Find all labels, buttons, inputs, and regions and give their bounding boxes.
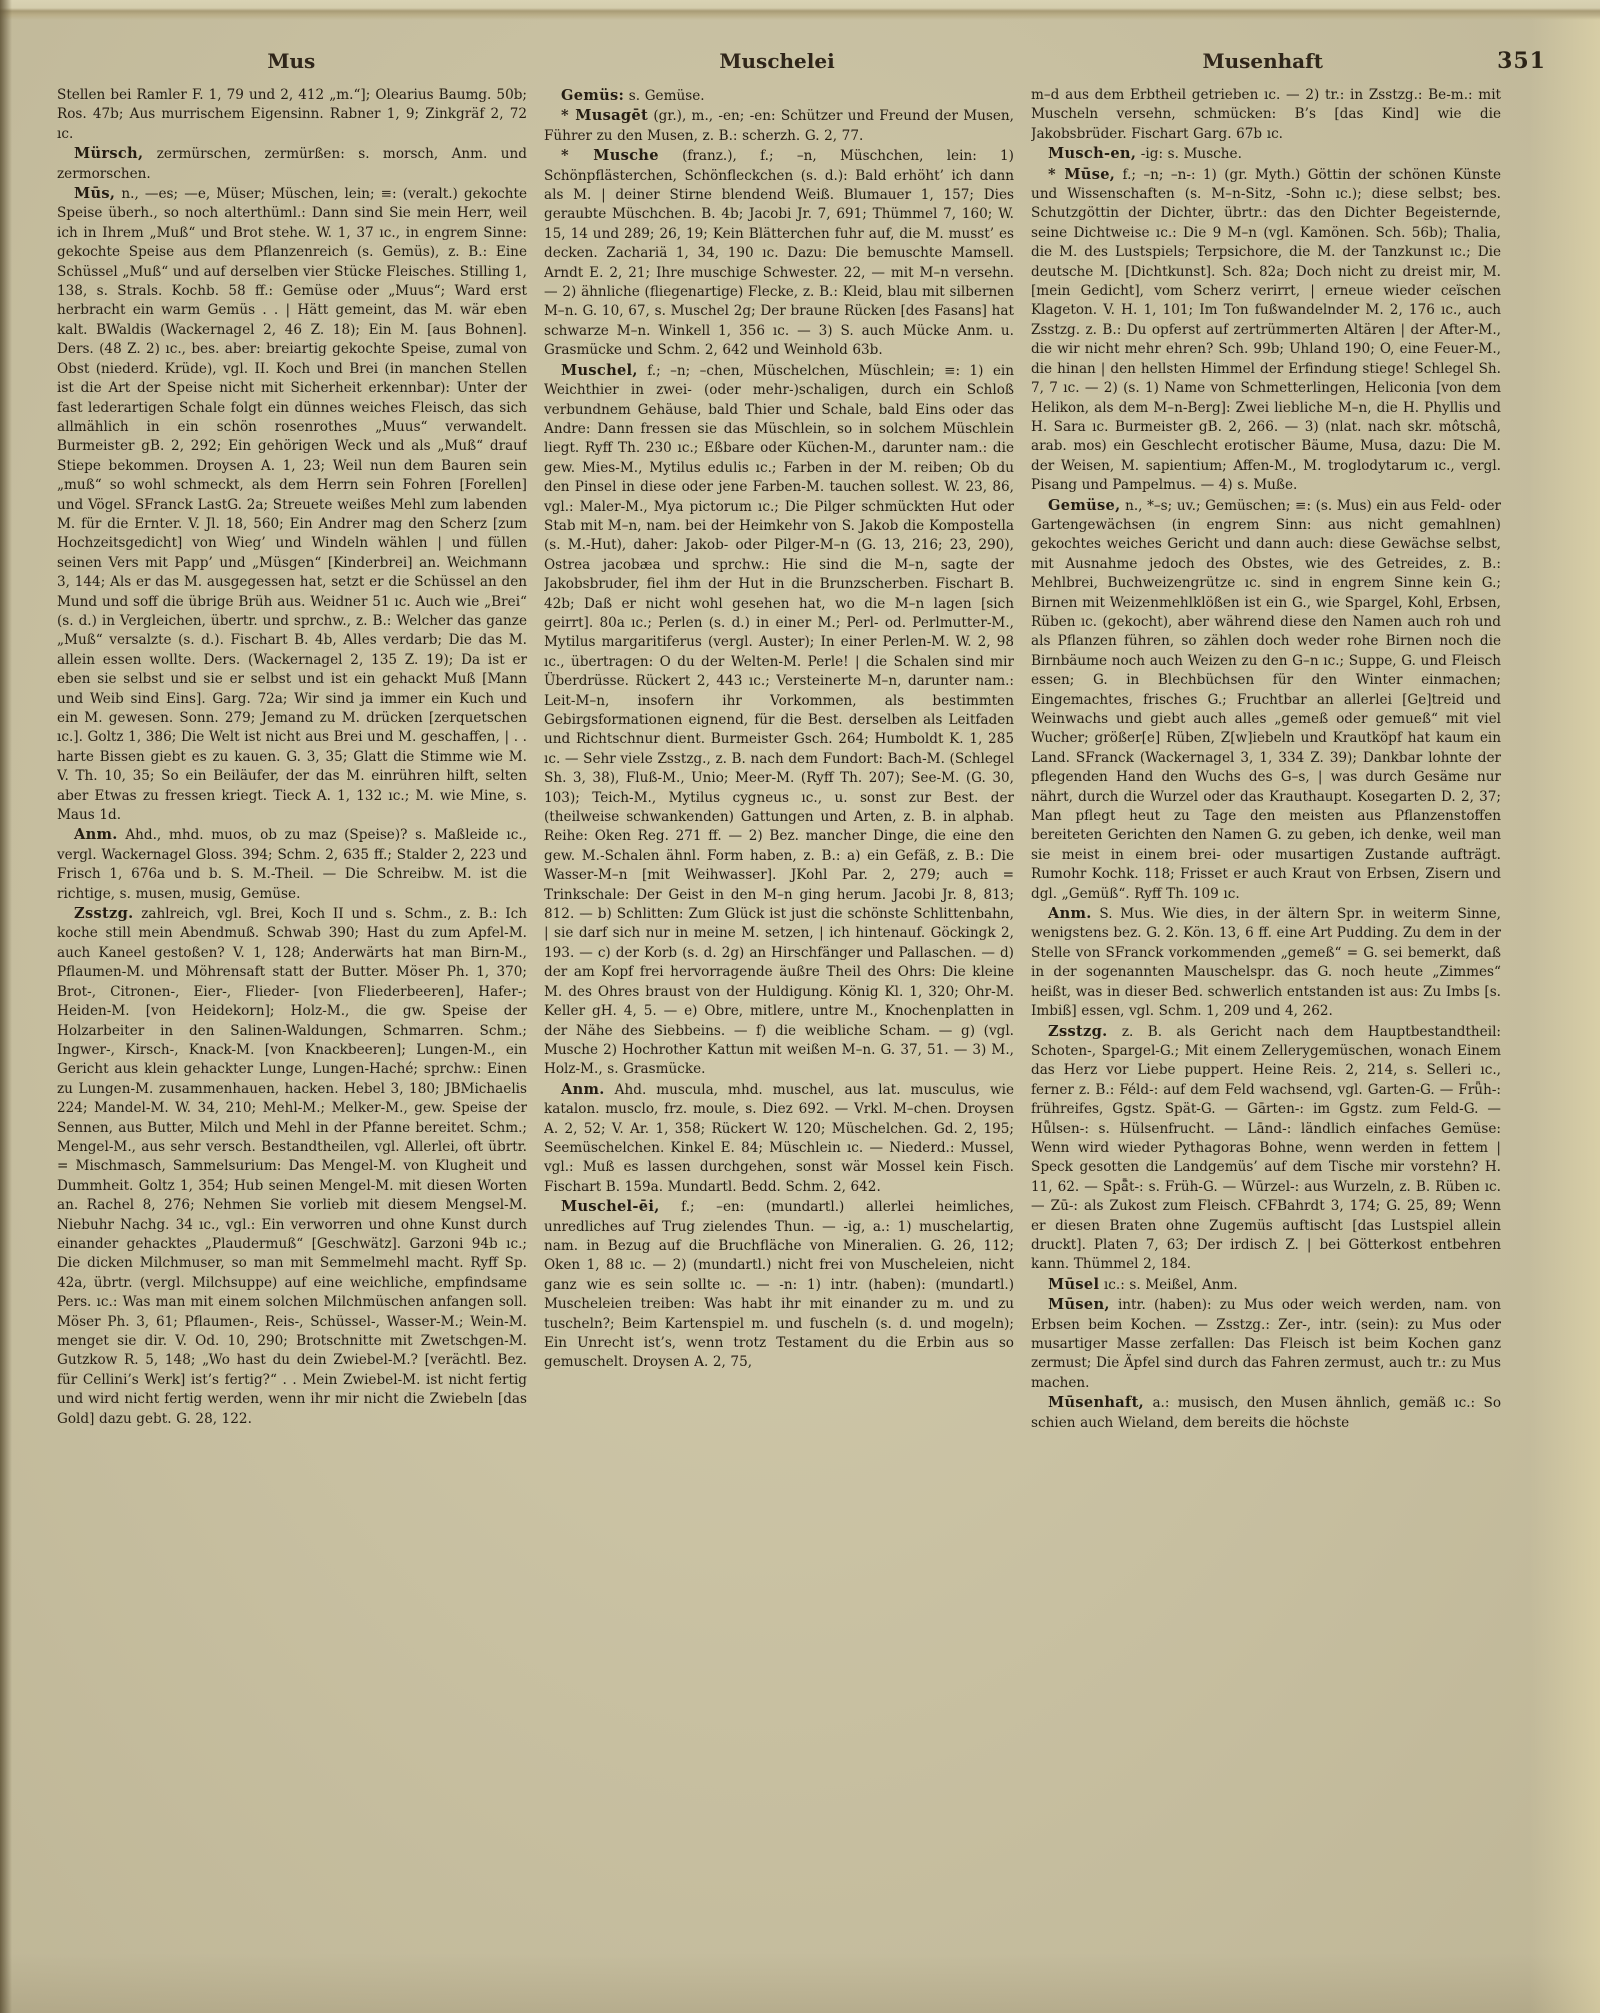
entry-paragraph: Mūsenhaft, a.: musisch, den Musen ähnlic… bbox=[1031, 1393, 1501, 1433]
entry-paragraph: Muschel, f.; –n; –chen, Müschelchen, Müs… bbox=[544, 361, 1014, 1080]
entry-headword: Mūs, bbox=[74, 185, 115, 202]
entry-headword: * Mūse, bbox=[1048, 166, 1115, 183]
running-head-center: Muschelei bbox=[543, 49, 1012, 73]
running-head-right: Musenhaft bbox=[1028, 49, 1497, 73]
entry-headword: Gemüse, bbox=[1048, 497, 1120, 514]
entry-headword: Mūsenhaft, bbox=[1048, 1394, 1144, 1411]
entry-text: ıc.: s. Meißel, Anm. bbox=[1099, 1277, 1237, 1293]
running-head-left: Mus bbox=[57, 49, 526, 73]
entry-headword: Muschel, bbox=[561, 362, 638, 379]
entry-text: s. Gemüse. bbox=[624, 88, 704, 104]
page-number: 351 bbox=[1497, 48, 1560, 74]
running-head: Mus Muschelei Musenhaft 351 bbox=[57, 48, 1560, 78]
page-body: Stellen bei Ramler F. 1, 79 und 2, 412 „… bbox=[57, 86, 1501, 1872]
column-center: Gemüs: s. Gemüse.* Musagēt (gr.), m., -e… bbox=[544, 86, 1014, 1872]
entry-text: m–d aus dem Erbtheil getrieben ıc. — 2) … bbox=[1031, 87, 1501, 142]
entry-paragraph: Mūsen, intr. (haben): zu Mus oder weich … bbox=[1031, 1295, 1501, 1393]
entry-paragraph: Gemüs: s. Gemüse. bbox=[544, 86, 1014, 106]
entry-text: n., *–s; uv.; Gemüschen; ≡: (s. Mus) ein… bbox=[1031, 498, 1501, 902]
entry-headword: Mūsel bbox=[1048, 1276, 1099, 1293]
entry-headword: * Musagēt bbox=[561, 107, 648, 124]
entry-headword: Muschel-ēi, bbox=[561, 1198, 660, 1215]
entry-text: S. Mus. Wie dies, in der ältern Spr. in … bbox=[1031, 906, 1501, 1019]
entry-text: Stellen bei Ramler F. 1, 79 und 2, 412 „… bbox=[57, 87, 527, 142]
entry-paragraph: Musch-en, -ig: s. Musche. bbox=[1031, 144, 1501, 164]
entry-headword: Musch-en, bbox=[1048, 145, 1136, 162]
entry-headword: Anm. bbox=[74, 826, 118, 843]
entry-text: f.; –en: (mundartl.) allerlei heimliches… bbox=[544, 1199, 1014, 1370]
column-left: Stellen bei Ramler F. 1, 79 und 2, 412 „… bbox=[57, 86, 527, 1872]
entry-headword: Zsstzg. bbox=[74, 905, 134, 922]
entry-text: f.; –n; –chen, Müschelchen, Müschlein; ≡… bbox=[544, 363, 1014, 1078]
entry-paragraph: * Musche (franz.), f.; –n, Müschchen, le… bbox=[544, 146, 1014, 360]
entry-paragraph: Muschel-ēi, f.; –en: (mundartl.) allerle… bbox=[544, 1197, 1014, 1373]
entry-headword: Mūsen, bbox=[1048, 1296, 1110, 1313]
entry-headword: Anm. bbox=[1048, 905, 1092, 922]
entry-paragraph: m–d aus dem Erbtheil getrieben ıc. — 2) … bbox=[1031, 86, 1501, 144]
entry-headword: Gemüs: bbox=[561, 87, 624, 104]
entry-text: f.; –n; –n-: 1) (gr. Myth.) Göttin der s… bbox=[1031, 167, 1501, 494]
entry-headword: Anm. bbox=[561, 1081, 605, 1098]
entry-paragraph: Stellen bei Ramler F. 1, 79 und 2, 412 „… bbox=[57, 86, 527, 144]
entry-paragraph: Mürsch, zermürschen, zermürßen: s. morsc… bbox=[57, 144, 527, 184]
entry-text: Ahd., mhd. muos, ob zu maz (Speise)? s. … bbox=[57, 827, 527, 901]
entry-text: (franz.), f.; –n, Müschchen, lein: 1) Sc… bbox=[544, 148, 1014, 358]
entry-text: zahlreich, vgl. Brei, Koch II und s. Sch… bbox=[57, 906, 527, 1427]
entry-text: n., —es; —e, Müser; Müschen, lein; ≡: (v… bbox=[57, 186, 527, 823]
entry-paragraph: Zsstzg. zahlreich, vgl. Brei, Koch II un… bbox=[57, 904, 527, 1429]
entry-text: z. B. als Gericht nach dem Hauptbestandt… bbox=[1031, 1024, 1501, 1273]
entry-paragraph: Anm. S. Mus. Wie dies, in der ältern Spr… bbox=[1031, 904, 1501, 1021]
entry-paragraph: Gemüse, n., *–s; uv.; Gemüschen; ≡: (s. … bbox=[1031, 496, 1501, 905]
entry-paragraph: Anm. Ahd. muscula, mhd. muschel, aus lat… bbox=[544, 1080, 1014, 1197]
entry-text: -ig: s. Musche. bbox=[1136, 146, 1242, 162]
entry-paragraph: Anm. Ahd., mhd. muos, ob zu maz (Speise)… bbox=[57, 825, 527, 904]
entry-paragraph: Mūsel ıc.: s. Meißel, Anm. bbox=[1031, 1275, 1501, 1295]
entry-headword: * Musche bbox=[561, 147, 659, 164]
entry-paragraph: * Musagēt (gr.), m., -en; -en: Schützer … bbox=[544, 106, 1014, 146]
entry-paragraph: Zsstzg. z. B. als Gericht nach dem Haupt… bbox=[1031, 1022, 1501, 1275]
entry-paragraph: * Mūse, f.; –n; –n-: 1) (gr. Myth.) Gött… bbox=[1031, 165, 1501, 496]
entry-paragraph: Mūs, n., —es; —e, Müser; Müschen, lein; … bbox=[57, 184, 527, 825]
column-right: m–d aus dem Erbtheil getrieben ıc. — 2) … bbox=[1031, 86, 1501, 1872]
entry-headword: Mürsch, bbox=[74, 145, 143, 162]
entry-text: Ahd. muscula, mhd. muschel, aus lat. mus… bbox=[544, 1082, 1014, 1195]
dictionary-page: Mus Muschelei Musenhaft 351 Stellen bei … bbox=[0, 0, 1600, 2013]
entry-headword: Zsstzg. bbox=[1048, 1023, 1108, 1040]
